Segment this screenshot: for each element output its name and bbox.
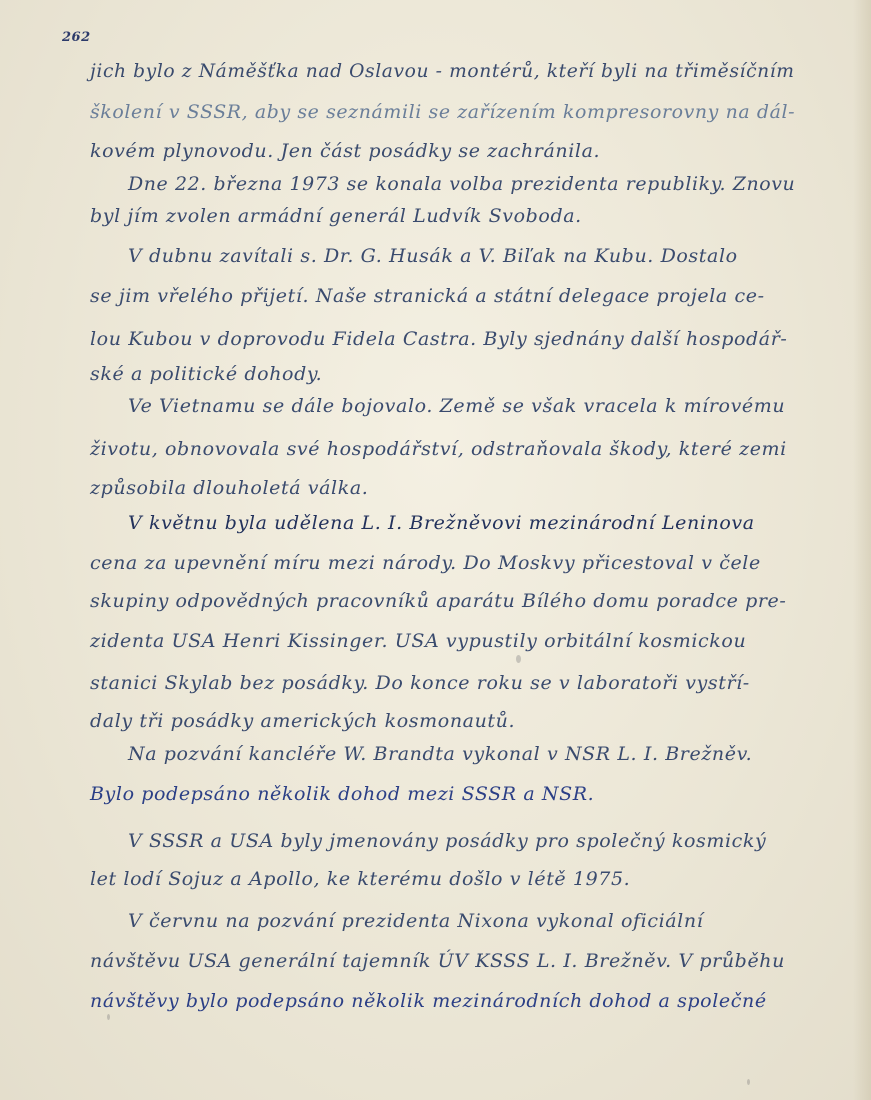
text-line: návštěvu USA generální tajemník ÚV KSSS … [90,950,785,972]
text-line: zidenta USA Henri Kissinger. USA vypusti… [90,630,746,652]
text-line: byl jím zvolen armádní generál Ludvík Sv… [90,205,582,227]
paragraph-start-line: V dubnu zavítali s. Dr. G. Husák a V. Bi… [128,245,738,267]
manuscript-page: 262 jich bylo z Náměšťka nad Oslavou - m… [0,0,871,1100]
paragraph-start-line: Dne 22. března 1973 se konala volba prez… [128,173,795,195]
text-line: daly tři posádky amerických kosmonautů. [90,710,515,732]
text-line: stanici Skylab bez posádky. Do konce rok… [90,672,750,694]
text-line: skupiny odpovědných pracovníků aparátu B… [90,590,786,612]
paper-speck [107,1014,110,1020]
text-line: Bylo podepsáno několik dohod mezi SSSR a… [90,783,594,805]
text-line: životu, obnovovala své hospodářství, ods… [90,438,787,460]
page-edge-shadow [853,0,871,1100]
paragraph-start-line: Na pozvání kancléře W. Brandta vykonal v… [128,743,752,765]
paper-speck [747,1079,750,1085]
text-line: návštěvy bylo podepsáno několik mezináro… [90,990,767,1012]
text-line: ské a politické dohody. [90,363,322,385]
text-line: se jim vřelého přijetí. Naše stranická a… [90,285,765,307]
text-line: lou Kubou v doprovodu Fidela Castra. Byl… [90,328,787,350]
text-line: let lodí Sojuz a Apollo, ke kterému došl… [90,868,630,890]
paragraph-start-line: V SSSR a USA byly jmenovány posádky pro … [128,830,766,852]
paper-speck [516,655,521,663]
text-line: kovém plynovodu. Jen část posádky se zac… [90,140,600,162]
text-line: školení v SSSR, aby se seznámili se zaří… [90,101,795,123]
page-number: 262 [62,30,91,45]
text-line: cena za upevnění míru mezi národy. Do Mo… [90,552,761,574]
paragraph-start-line: V červnu na pozvání prezidenta Nixona vy… [128,910,703,932]
text-line: způsobila dlouholetá válka. [90,477,368,499]
paragraph-start-line: Ve Vietnamu se dále bojovalo. Země se vš… [128,395,785,417]
paragraph-start-line: V květnu byla udělena L. I. Brežněvovi m… [128,512,755,534]
text-line: jich bylo z Náměšťka nad Oslavou - monté… [90,60,795,82]
